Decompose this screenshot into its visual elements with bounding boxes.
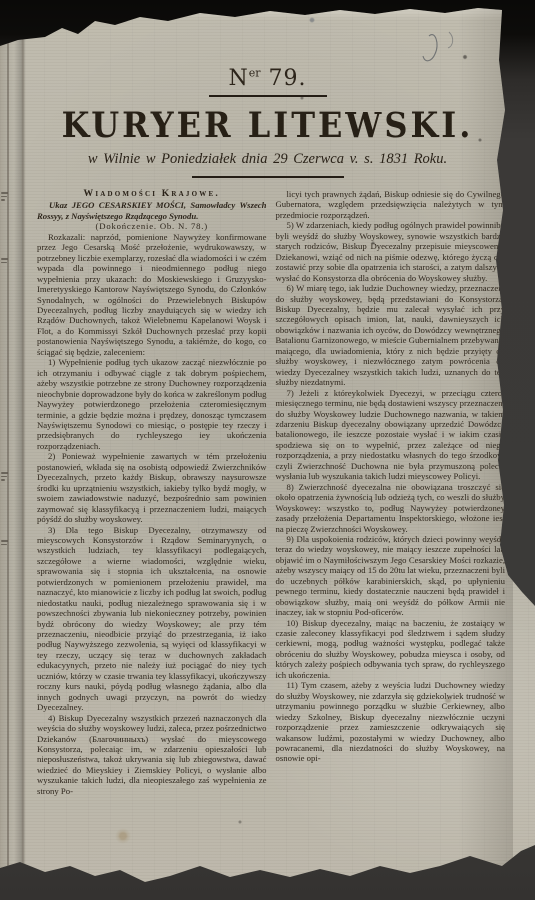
body-paragraph: 6) W miarę tego, iak ludzie Duchowney wi… <box>276 283 506 388</box>
body-paragraph: 8) Zwierzchność dyecezalna nie obowiązan… <box>276 482 506 534</box>
masthead-rule-top <box>209 95 327 97</box>
newspaper-page: Ner79. KURYER LITEWSKI. w Wilnie w Ponie… <box>0 0 535 900</box>
body-paragraph: 1) Wypełnienie podług tych ukazow zacząć… <box>37 357 267 451</box>
body-paragraph: 9) Dla uspokoienia rodziców, których dzi… <box>276 534 506 618</box>
page-content: Ner79. KURYER LITEWSKI. w Wilnie w Ponie… <box>0 0 535 900</box>
body-paragraph: 5) W zdarzeniach, kiedy podług ogólnych … <box>276 220 506 283</box>
scanned-page-background: Ner79. KURYER LITEWSKI. w Wilnie w Ponie… <box>0 0 535 900</box>
body-paragraph: 2) Ponieważ wypełnienie zawartych w tém … <box>37 451 267 524</box>
issue-value: 79. <box>269 66 307 91</box>
newspaper-title: KURYER LITEWSKI. <box>0 104 535 145</box>
body-paragraph: 10) Biskup dyecezalny, maiąc na baczeniu… <box>276 618 506 681</box>
body-paragraph: 4) Biskup Dyecezalny wszystkich przezeń … <box>37 713 267 797</box>
body-paragraph: licyi tych prawnych żądań, Biskup odnies… <box>276 189 506 220</box>
issue-prefix: N <box>228 66 248 91</box>
body-paragraph: 11) Tym czasem, ażeby z weyścia ludzi Du… <box>276 680 506 764</box>
body-paragraph: 7) Jeżeli z któreykolwiek Dyecezyi, w pr… <box>276 388 506 482</box>
body-paragraph: Rozkazali: naprzód, pomienione Naywyżey … <box>37 232 267 357</box>
issue-number: Ner79. <box>0 66 535 91</box>
body-paragraph: 3) Dla tego Biskup Dyecezalny, otrzymaws… <box>37 525 267 713</box>
right-column: licyi tych prawnych żądań, Biskup odnies… <box>276 189 506 807</box>
left-column-body: Rozkazali: naprzód, pomienione Naywyżey … <box>37 232 267 796</box>
masthead: Ner79. KURYER LITEWSKI. w Wilnie w Ponie… <box>0 66 535 178</box>
issue-superscript: er <box>249 67 261 80</box>
article-columns: Wiadomości Krajowe. Ukaz JEGO CESARSKIEY… <box>0 178 535 807</box>
left-column: Wiadomości Krajowe. Ukaz JEGO CESARSKIEY… <box>37 189 267 807</box>
continuation-note: (Dokończenie. Ob. N. 78.) <box>37 221 267 231</box>
right-column-body: licyi tych prawnych żądań, Biskup odnies… <box>276 189 506 764</box>
section-heading: Wiadomości Krajowe. <box>37 189 267 199</box>
dateline: w Wilnie w Poniedziałek dnia 29 Czerwca … <box>0 151 535 168</box>
ukaz-title: Ukaz JEGO CESARSKIEY MOŚCI, Samowładcy W… <box>37 200 267 221</box>
